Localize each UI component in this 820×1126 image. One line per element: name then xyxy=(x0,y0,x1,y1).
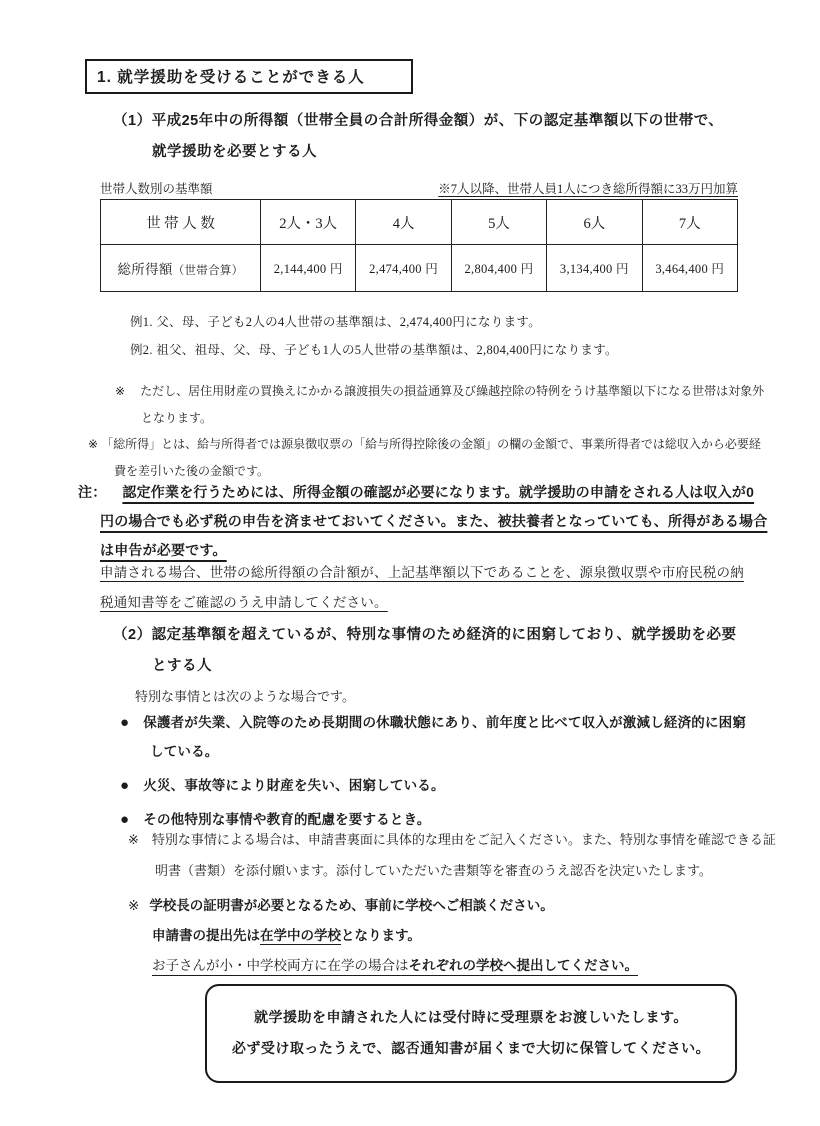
value-6: 3,134,400 円 xyxy=(547,245,642,292)
asterisk-icon: ※ xyxy=(128,824,139,855)
note-exclusion: ※ただし、居住用財産の買換えにかかる譲渡損失の損益通算及び繰越控除の特例をうけ基… xyxy=(115,378,771,432)
asterisk-icon: ※ xyxy=(115,378,125,405)
page-title-text: 1. 就学援助を受けることができる人 xyxy=(97,69,365,86)
note-principal-certificate-text: 学校長の証明書が必要となるため、事前に学校へご相談ください。 xyxy=(149,898,553,913)
table-caption-row: 世帯人数別の基準額 ※7人以降、世帯人員1人につき総所得額に33万円加算 xyxy=(100,179,738,197)
value-2-3: 2,144,400 円 xyxy=(261,245,356,292)
page-title: 1. 就学援助を受けることができる人 xyxy=(85,59,413,94)
value-5: 2,804,400 円 xyxy=(451,245,546,292)
chu-important-note: 注：認定作業を行うためには、所得金額の確認が必要になります。就学援助の申請をされ… xyxy=(78,478,768,565)
bullet-icon: ● xyxy=(120,708,129,737)
criteria-table-value-row: 総所得額（世帯合算） 2,144,400 円 2,474,400 円 2,804… xyxy=(101,245,738,292)
table-note: ※7人以降、世帯人員1人につき総所得額に33万円加算 xyxy=(438,179,738,197)
header-col-2-3: 2人・3人 xyxy=(261,200,356,245)
both-schools-prefix: お子さんが小・中学校両方に在学の場合は xyxy=(152,958,409,973)
header-col-6: 6人 xyxy=(547,200,642,245)
both-schools-line: お子さんが小・中学校両方に在学の場合はそれぞれの学校へ提出してください。 xyxy=(128,951,758,981)
both-schools-bold: それぞれの学校へ提出してください。 xyxy=(409,958,639,973)
receipt-notice-line2: 必ず受け取ったうえで、認否通知書が届くまで大切に保管してください。 xyxy=(217,1033,725,1064)
list-item-text: 保護者が失業、入院等のため長期間の休職状態にあり、前年度と比べて収入が激減し経済… xyxy=(143,715,746,759)
note-total-income-text: 「総所得」とは、給与所得者では源泉徴収票の「給与所得控除後の金額」の欄の金額で、… xyxy=(101,437,761,478)
submission-destination-line: 申請書の提出先は在学中の学校となります。 xyxy=(128,921,758,951)
bullet-icon: ● xyxy=(120,771,129,800)
value-4: 2,474,400 円 xyxy=(356,245,451,292)
receipt-notice-line1: 就学援助を申請された人には受付時に受理票をお渡しいたします。 xyxy=(217,1002,725,1033)
note-exclusion-text: ただし、居住用財産の買換えにかかる譲渡損失の損益通算及び繰越控除の特例をうけ基準… xyxy=(140,384,764,425)
chu-text: 認定作業を行うためには、所得金額の確認が必要になります。就学援助の申請をされる人… xyxy=(100,484,767,558)
asterisk-icon: ※ xyxy=(88,431,98,458)
row-label-total-income: 総所得額（世帯合算） xyxy=(101,245,261,292)
note-principal-certificate: ※学校長の証明書が必要となるため、事前に学校へご相談ください。 xyxy=(128,891,758,921)
list-item-disaster: ●火災、事故等により財産を失い、困窮している。 xyxy=(120,771,748,800)
list-item-unemployment: ●保護者が失業、入院等のため長期間の休職状態にあり、前年度と比べて収入が激減し経… xyxy=(120,708,748,766)
submit-school-underlined: 在学中の学校 xyxy=(260,928,341,943)
criteria-table-header-row: 世 帯 人 数 2人・3人 4人 5人 6人 7人 xyxy=(101,200,738,245)
criteria-table: 世 帯 人 数 2人・3人 4人 5人 6人 7人 総所得額（世帯合算） 2,1… xyxy=(100,199,738,292)
submit-prefix: 申請書の提出先は xyxy=(152,928,260,943)
value-7: 3,464,400 円 xyxy=(642,245,737,292)
receipt-notice-box: 就学援助を申請された人には受付時に受理票をお渡しいたします。 必ず受け取ったうえ… xyxy=(205,984,737,1083)
chu-label: 注： xyxy=(78,478,106,507)
section2-heading-line1: （2）認定基準額を超えているが、特別な事情のため経済的に困窮しており、就学援助を… xyxy=(113,620,773,651)
note-attach-documents: ※特別な事情による場合は、申請書裏面に具体的な理由をご記入ください。また、特別な… xyxy=(128,824,785,886)
chu-followup-note: 申請される場合、世帯の総所得額の合計額が、上記基準額以下であることを、源泉徴収票… xyxy=(100,558,744,618)
note-attach-documents-text: 特別な事情による場合は、申請書裏面に具体的な理由をご記入ください。また、特別な事… xyxy=(152,832,776,878)
header-col-7: 7人 xyxy=(642,200,737,245)
section2-intro: 特別な事情とは次のような場合です。 xyxy=(135,686,355,705)
list-item-text: 火災、事故等により財産を失い、困窮している。 xyxy=(143,778,444,793)
header-household-size: 世 帯 人 数 xyxy=(101,200,261,245)
header-col-4: 4人 xyxy=(356,200,451,245)
submit-suffix: となります。 xyxy=(341,928,421,943)
header-col-5: 5人 xyxy=(451,200,546,245)
section2-heading: （2）認定基準額を超えているが、特別な事情のため経済的に困窮しており、就学援助を… xyxy=(113,620,773,682)
table-caption: 世帯人数別の基準額 xyxy=(100,179,213,197)
section1-heading-line1: （1）平成25年中の所得額（世帯全員の合計所得金額）が、下の認定基準額以下の世帯… xyxy=(113,106,763,137)
asterisk-icon: ※ xyxy=(128,891,139,921)
document-page: 1. 就学援助を受けることができる人 （1）平成25年中の所得額（世帯全員の合計… xyxy=(0,0,820,1126)
note-total-income-definition: ※「総所得」とは、給与所得者では源泉徴収票の「給与所得控除後の金額」の欄の金額で… xyxy=(88,431,770,485)
section2-heading-line2: とする人 xyxy=(113,651,773,682)
example-line-1: 例1. 父、母、子ども2人の4人世帯の基準額は、2,474,400円になります。 xyxy=(130,313,541,331)
school-submission-block: ※学校長の証明書が必要となるため、事前に学校へご相談ください。 申請書の提出先は… xyxy=(128,891,758,981)
example-line-2: 例2. 祖父、祖母、父、母、子ども1人の5人世帯の基準額は、2,804,400円… xyxy=(130,341,618,359)
special-circumstances-list: ●保護者が失業、入院等のため長期間の休職状態にあり、前年度と比べて収入が激減し経… xyxy=(120,708,748,839)
section1-heading-line2: 就学援助を必要とする人 xyxy=(113,137,763,168)
section1-heading: （1）平成25年中の所得額（世帯全員の合計所得金額）が、下の認定基準額以下の世帯… xyxy=(113,106,763,168)
